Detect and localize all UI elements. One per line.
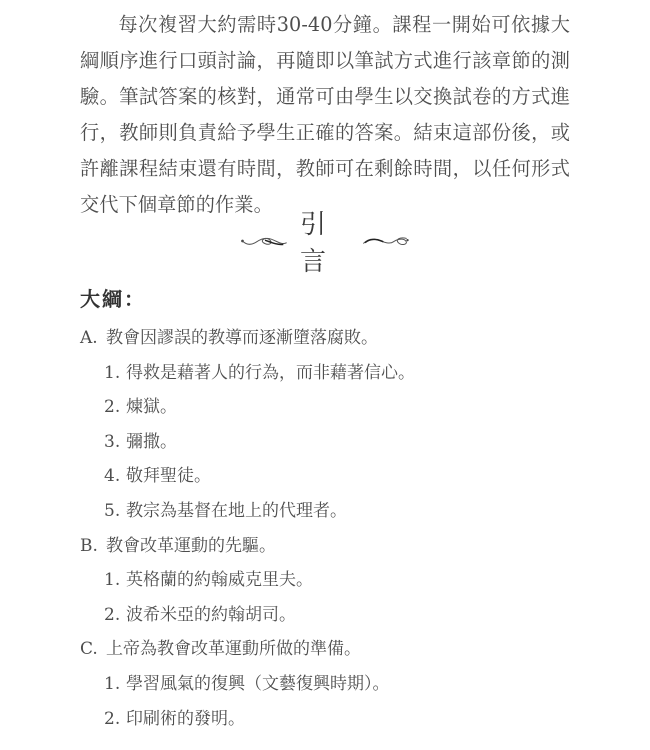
outline-marker: 2. xyxy=(104,598,126,633)
outline-marker: 4. xyxy=(104,459,126,494)
outline-subitem: 2.煉獄。 xyxy=(80,390,580,425)
outline-marker: 1. xyxy=(104,667,126,702)
section-title: 引言 xyxy=(300,204,350,278)
outline-text: 彌撒。 xyxy=(126,432,177,452)
flourish-right-icon xyxy=(360,230,410,252)
section-heading: 引言 xyxy=(240,219,410,263)
outline-subitem: 1.學習風氣的復興（文藝復興時期）。 xyxy=(80,667,580,702)
outline-subitem: 2.印刷術的發明。 xyxy=(80,702,580,737)
outline-text: 敬拜聖徒。 xyxy=(126,466,211,486)
outline-text: 教宗為基督在地上的代理者。 xyxy=(126,501,347,521)
outline-marker: 2. xyxy=(104,702,126,737)
outline-marker: 1. xyxy=(104,356,126,391)
outline-list: A.教會因謬誤的教導而逐漸墮落腐敗。 1.得救是藉著人的行為，而非藉著信心。 2… xyxy=(80,321,580,736)
outline-item-c: C.上帝為教會改革運動所做的準備。 xyxy=(80,632,580,667)
outline-marker: 2. xyxy=(104,390,126,425)
outline-subitem: 1.得救是藉著人的行為，而非藉著信心。 xyxy=(80,356,580,391)
outline-marker: 1. xyxy=(104,563,126,598)
outline-item-a: A.教會因謬誤的教導而逐漸墮落腐敗。 xyxy=(80,321,580,356)
outline-subitem: 1.英格蘭的約翰威克里夫。 xyxy=(80,563,580,598)
outline-label: 大綱： xyxy=(80,283,146,312)
outline-subitem: 4.敬拜聖徒。 xyxy=(80,459,580,494)
outline-item-b: B.教會改革運動的先驅。 xyxy=(80,529,580,564)
outline-text: 學習風氣的復興（文藝復興時期）。 xyxy=(126,674,390,694)
outline-text: 教會因謬誤的教導而逐漸墮落腐敗。 xyxy=(106,328,378,348)
outline-subitem: 3.彌撒。 xyxy=(80,425,580,460)
outline-text: 教會改革運動的先驅。 xyxy=(106,536,276,556)
outline-marker: B. xyxy=(80,529,106,564)
intro-paragraph: 每次複習大約需時30-40分鐘。課程一開始可依據大綱順序進行口頭討論，再隨即以筆… xyxy=(80,7,570,223)
outline-text: 英格蘭的約翰威克里夫。 xyxy=(126,570,313,590)
outline-text: 印刷術的發明。 xyxy=(126,709,245,729)
outline-marker: C. xyxy=(80,632,106,667)
outline-marker: 3. xyxy=(104,425,126,460)
outline-marker: A. xyxy=(80,321,106,356)
outline-marker: 5. xyxy=(104,494,126,529)
outline-subitem: 2.波希米亞的約翰胡司。 xyxy=(80,598,580,633)
outline-subitem: 5.教宗為基督在地上的代理者。 xyxy=(80,494,580,529)
outline-text: 煉獄。 xyxy=(126,397,177,417)
outline-text: 得救是藉著人的行為，而非藉著信心。 xyxy=(126,363,415,383)
outline-text: 上帝為教會改革運動所做的準備。 xyxy=(106,639,361,659)
outline-text: 波希米亞的約翰胡司。 xyxy=(126,605,296,625)
flourish-left-icon xyxy=(240,230,290,252)
